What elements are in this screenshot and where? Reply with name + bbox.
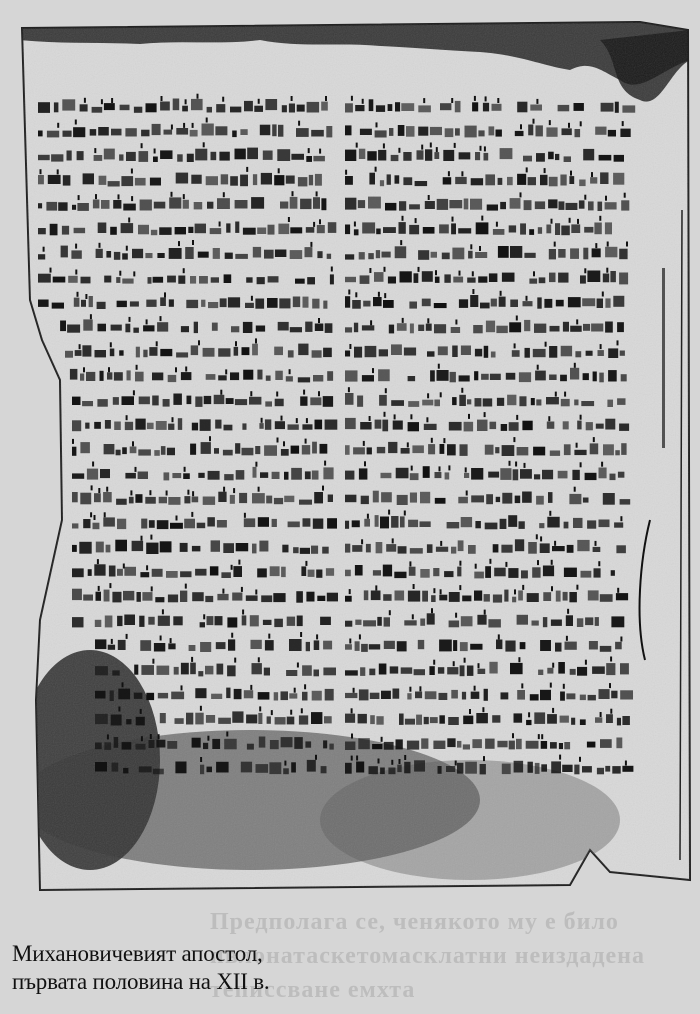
- caption-line-1: Михановичевият апостол,: [12, 940, 612, 968]
- manuscript-photo: [0, 0, 700, 905]
- manuscript-figure: [0, 0, 700, 905]
- figure-caption: Михановичевият апостол, първата половина…: [12, 940, 612, 996]
- caption-line-2: първата половина на XII в.: [12, 968, 612, 996]
